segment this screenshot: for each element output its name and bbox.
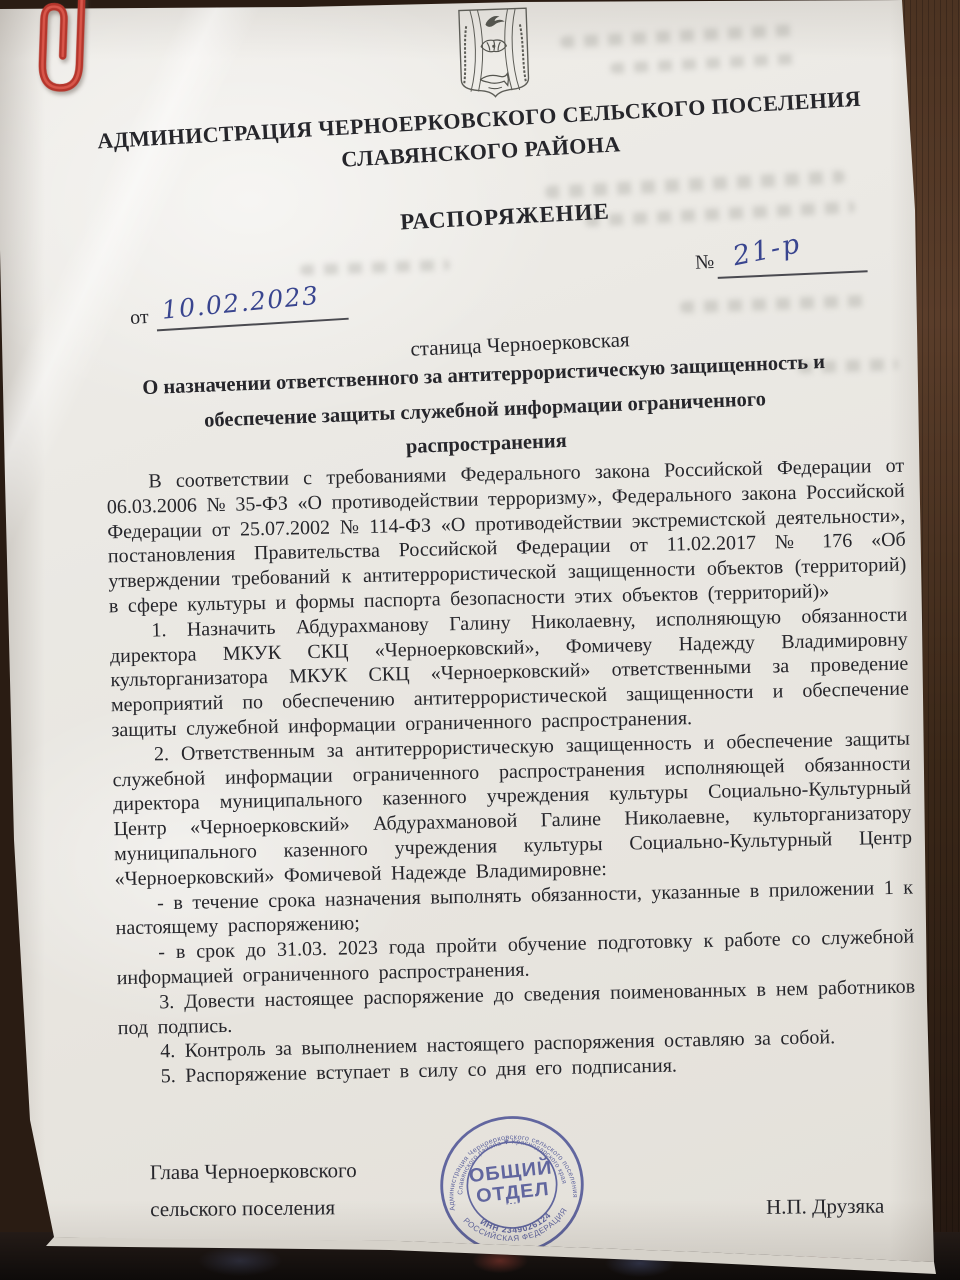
handwritten-document-number: 21-р	[730, 228, 804, 272]
document-type-title: РАСПОРЯЖЕНИЕ	[330, 195, 681, 239]
bleedthrough-streak	[300, 259, 450, 275]
number-label: №	[695, 251, 715, 274]
paperclip-icon	[26, 0, 102, 103]
flying-bird-icon	[485, 16, 505, 27]
paragraph-preamble: В соответствии с требованиями Федерально…	[106, 454, 907, 619]
document-title: О назначении ответственного за антитерро…	[138, 345, 831, 475]
photo-of-document: { "doc": { "org_line1": "АДМИНИСТРАЦИЯ Ч…	[0, 0, 960, 1280]
fish-icon	[480, 74, 508, 87]
bleedthrough-streak	[610, 53, 800, 74]
reed-plant-left	[462, 26, 468, 85]
coat-of-arms-icon	[450, 4, 537, 103]
reed-plant-right	[520, 24, 526, 83]
document-date-line: от 10.02.2023	[130, 293, 361, 330]
date-label: от	[130, 306, 150, 329]
bleedthrough-streak	[560, 24, 800, 49]
signatory-name: Н.П. Друзяка	[766, 1193, 926, 1220]
document-sheet: АДМИНИСТРАЦИЯ ЧЕРНОЕРКОВСКОГО СЕЛЬСКОГО …	[0, 0, 960, 1280]
document-number-line: № 21-р	[695, 244, 871, 275]
handwritten-date: 10.02.2023	[160, 281, 320, 325]
number-underline	[718, 270, 868, 278]
bleedthrough-streak	[680, 295, 870, 314]
document-body: В соответствии с требованиями Федерально…	[106, 454, 918, 1163]
paragraph-item-2: 2. Ответственным за антитеррористическую…	[112, 726, 913, 891]
bleedthrough-streak	[545, 170, 845, 199]
office-round-stamp: ✱ Администрация Черноерковского сельског…	[419, 1103, 605, 1266]
paragraph-item-1: 1. Назначить Абдурахманову Галину Никола…	[109, 602, 909, 743]
